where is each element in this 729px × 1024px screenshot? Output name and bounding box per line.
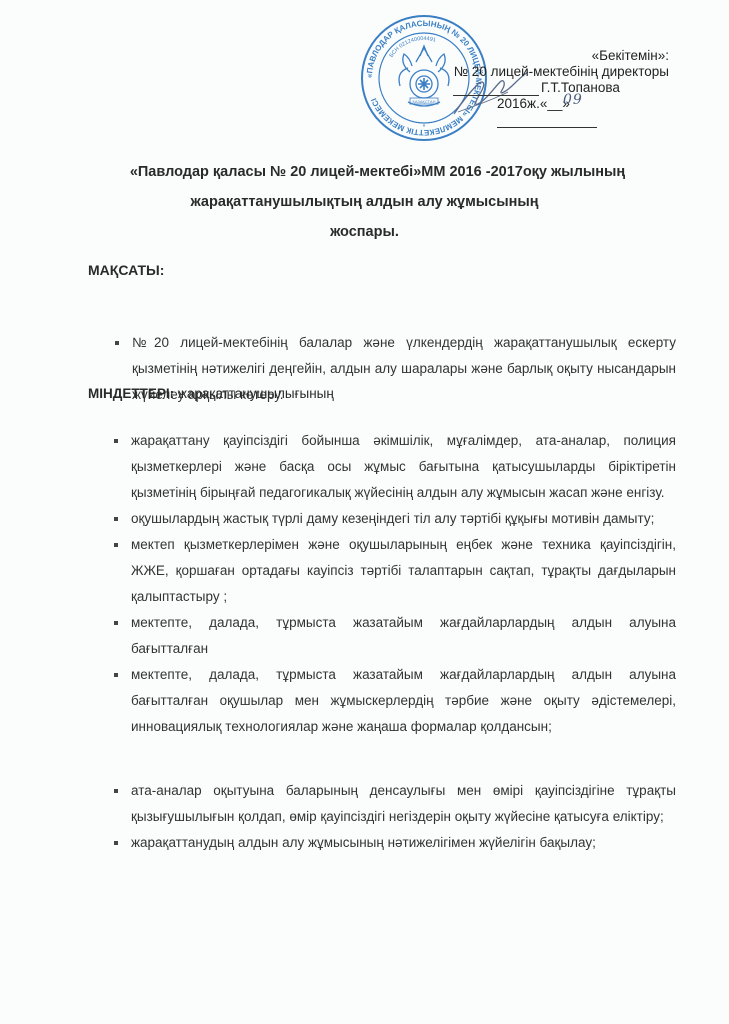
bullet-icon [114,841,118,845]
list-item: мектепте, далада, тұрмыста жазатайым жағ… [131,610,676,662]
approval-block: «Бекітемін»: № 20 лицей-мектебінің дирек… [439,48,669,128]
approval-date-line: 2016ж.«__» 09 [439,96,669,128]
signature-line [453,81,539,96]
director-title: № 20 лицей-мектебінің директоры [439,64,669,80]
bullet-icon [114,789,118,793]
document-page: «ПАВЛОДАР ҚАЛАСЫНЫҢ № 20 ЛИЦЕЙ-МЕКТЕБІ» … [0,0,729,1024]
list-item: жарақаттанудың алдын алу жұмысының нәтиж… [131,830,676,856]
approval-label: «Бекітемін»: [439,48,669,64]
document-title: «Павлодар қаласы № 20 лицей-мектебі»ММ 2… [0,157,729,247]
bullet-icon [114,621,118,625]
list-item: мектепте, далада, тұрмыста жазатайым жағ… [131,662,676,740]
goals-heading: МАҚСАТЫ: [88,262,164,278]
director-name-line: Г.Т.Топанова [439,80,669,96]
tasks-heading: МІНДЕТТЕРІ: [88,386,174,401]
svg-text:ҚАЗАҚСТАН: ҚАЗАҚСТАН [413,99,436,104]
svg-text:БСН 021240004491: БСН 021240004491 [389,36,437,59]
date-month-line [497,113,597,128]
title-line-1: «Павлодар қаласы № 20 лицей-мектебі»ММ 2… [0,157,729,187]
bullet-icon [115,341,119,345]
list-item: жарақаттану қауіпсіздігі бойынша әкімшіл… [131,428,676,506]
list-item: ата-аналар оқытуына баларының денсаулығы… [131,778,676,830]
svg-text:*: * [423,124,426,131]
tasks-heading-line: МІНДЕТТЕРІ: жарақаттанушылығының [88,386,334,401]
tasks-heading-suffix: жарақаттанушылығының [174,386,334,401]
bullet-icon [114,543,118,547]
list-item: оқушылардың жастық түрлі даму кезеңіндег… [131,506,676,532]
tasks-list: жарақаттану қауіпсіздігі бойынша әкімшіл… [131,428,676,856]
bullet-icon [114,673,118,677]
approval-date-prefix: 2016ж.«__» [497,96,570,111]
list-item: мектеп қызметкерлерімен және оқушыларыны… [131,532,676,610]
handwritten-month: 09 [563,92,583,108]
bullet-icon [114,439,118,443]
bullet-icon [114,517,118,521]
title-line-2: жарақаттанушылықтың алдын алу жұмысының [0,187,729,217]
title-line-3: жоспары. [0,217,729,247]
